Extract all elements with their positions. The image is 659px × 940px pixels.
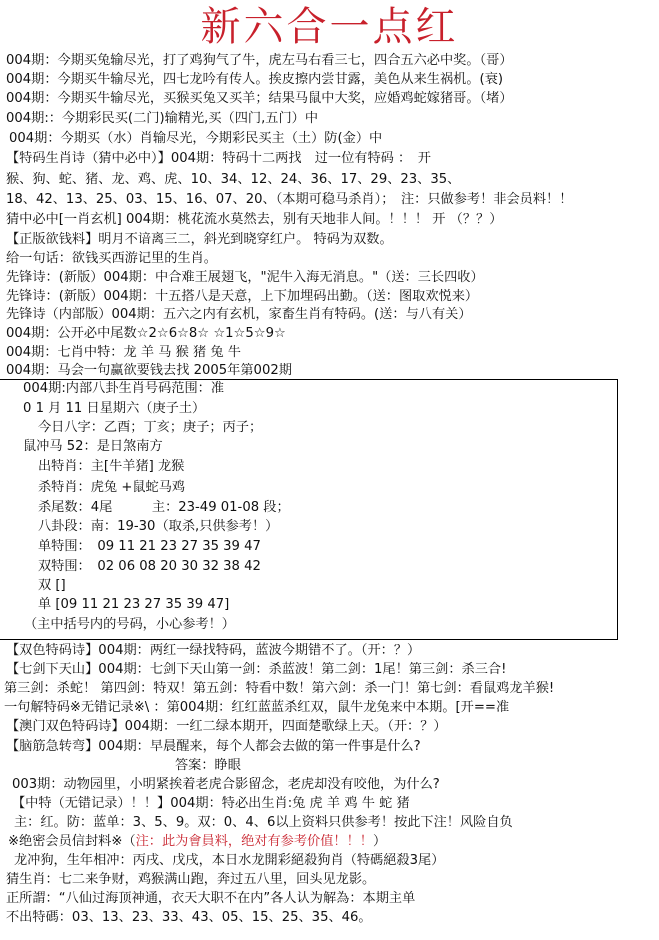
text-line: 【脑筋急转弯】004期：早晨醒来，每个人都会去做的第一件事是什么? [6, 738, 421, 756]
text-line: 不出特碼：03、13、23、33、43、05、15、25、35、46。 [6, 909, 372, 927]
text-line: 004期：今期买牛输尽光，买猴买兔又买羊；结果马鼠中大奖，应婚鸡蛇嫁猪哥。（堵） [6, 90, 513, 108]
box-bazi: 今日八字：乙酉；丁亥；庚子；丙子； [38, 419, 262, 437]
text-line: 猜中必中[一肖玄机] 004期：桃花流水莫然去，别有天地非人间。！！！ 开 （？… [6, 211, 502, 229]
box-shuang-te-wei: 双特围： 02 06 08 20 30 32 38 42 [38, 558, 261, 576]
text-line: 正所謂：“八仙过海顶神通，衣天大职不在内”各人认为解為：本期主单 [6, 890, 415, 908]
text-line: 004期：今期买牛输尽光，四七龙吟有传人。挨皮擦内尝甘露，美色从来生祸机。(衰) [6, 71, 503, 89]
box-dan-te-wei: 单特围： 09 11 21 23 27 35 39 47 [38, 538, 261, 556]
box-note: （主中括号内的号码，小心参考！） [24, 616, 235, 634]
text-line: 004期：马会一句赢欲要钱去找 2005年第002期 [6, 362, 292, 380]
text-line: 龙冲狗，生年相冲：丙戌、戊戌，本日水龙開彩絕殺狗肖（特碼絕殺3尾） [14, 852, 444, 870]
box-header: 004期:内部八卦生肖号码范围：准 [23, 380, 224, 398]
text-line: 004期：今期买（水）肖输尽光，今期彩民买主（土）防(金）中 [9, 130, 382, 148]
text-line: 004期：今期买兔输尽光，打了鸡狗气了牛，虎左马右看三七，四合五六必中奖。（哥） [6, 52, 513, 70]
text-line: 【双色特码诗】004期：两红一绿找特码，蓝波今期错不了。（开：？） [6, 642, 420, 660]
secret-red-note: 注：此为會員料，绝对有参考价值！！！ [136, 834, 373, 849]
text-line: 【七剑下天山】004期：七剑下天山第一剑：杀蓝波！第二剑：1尾！第三剑：杀三合! [6, 661, 506, 679]
text-line: 主：红。防：蓝单：3、5、9。双：0、4、6以上资料只供参考！按此下注！风险自负 [14, 814, 513, 832]
page-title: 新六合一点红 [0, 2, 659, 52]
text-line: 【中特（无错记录）！！】004期：特必出生肖:兔 虎 羊 鸡 牛 蛇 猪 [12, 795, 410, 813]
box-chu-te-xiao: 出特肖：主[牛羊猪] 龙猴 [38, 458, 184, 476]
box-shuang: 双 [] [38, 577, 66, 595]
text-line: 【特码生肖诗（猜中必中）】004期：特码十二两找 过一位有特码 ： 开 [6, 150, 431, 168]
box-date: 0 1 月 11 日星期六（庚子土） [23, 400, 205, 418]
text-line: 猴、狗、蛇、猪、龙、鸡、虎、10、34、12、24、36、17、29、23、35… [6, 171, 460, 189]
text-line: 004期：公开必中尾数☆2☆6☆8☆ ☆1☆5☆9☆ [6, 325, 286, 343]
text-line: 004期：七肖中特：龙 羊 马 猴 猪 兔 牛 [6, 344, 241, 362]
box-sha-wei-shu: 杀尾数：4尾 主：23-49 01-08 段； [38, 499, 290, 517]
secret-line: ※绝密会员信封料※（注：此为會員料，绝对有参考价值！！！） [8, 833, 386, 851]
text-line: 003期：动物园里，小明紧挨着老虎合影留念，老虎却没有咬他，为什么? [12, 776, 440, 794]
text-line: 先锋诗：(新版）004期：十五搭八是天意，上下加埋码出勤。（送：图取欢悦来） [6, 288, 478, 306]
text-line: 给一句话：欲钱买西游记里的生肖。 [6, 250, 217, 268]
box-chong: 鼠冲马 52：是日煞南方 [23, 438, 163, 456]
text-line: 先锋诗（内部版）004期：五六之内有玄机，家畜生肖有特码。(送：与八有关） [6, 306, 472, 324]
text-line: 先锋诗：(新版）004期：中合难王展翅飞，"泥牛入海无消息。"（送：三长四收） [6, 269, 484, 287]
secret-label: ※绝密会员信封料※（ [8, 834, 136, 849]
bagua-info-box: 004期:内部八卦生肖号码范围：准 0 1 月 11 日星期六（庚子土） 今日八… [0, 379, 618, 640]
box-sha-te-xiao: 杀特肖：虎兔 +鼠蛇马鸡 [38, 479, 185, 497]
answer-line: 答案：睁眼 [175, 757, 241, 775]
text-line: 【正版欲钱料】明月不谙离三二，斜光到晓穿红户。 特码为双数。 [6, 231, 393, 249]
text-line: 004期:：今期彩民买(二门)输精光,买（四门,五门）中 [6, 110, 318, 128]
text-line: 【澳门双色特码诗】004期：一红二绿本期开，四面楚歌绿上天。（开：？） [6, 718, 447, 736]
text-line: 18、42、13、25、03、15、16、07、20、（本期可稳马杀肖）； 注：… [6, 191, 572, 209]
text-line: 一句解特码※无错记录※\ ：第004期：红红蓝蓝杀红双，鼠牛龙兔来中本期。[开=… [4, 699, 509, 717]
box-dan: 单 [09 11 21 23 27 35 39 47] [38, 596, 229, 614]
text-line: 猜生肖：七二来争财，鸡猴满山跑，奔过五八里，回头见龙影。 [6, 871, 375, 889]
secret-close: ） [373, 834, 386, 849]
text-line: 第三剑：杀蛇！ 第四剑：特双！第五剑：特看中数！第六剑：杀一门！第七剑：看鼠鸡龙… [4, 680, 554, 698]
box-bagua-duan: 八卦段：南：19-30（取杀,只供参考！） [38, 518, 278, 536]
